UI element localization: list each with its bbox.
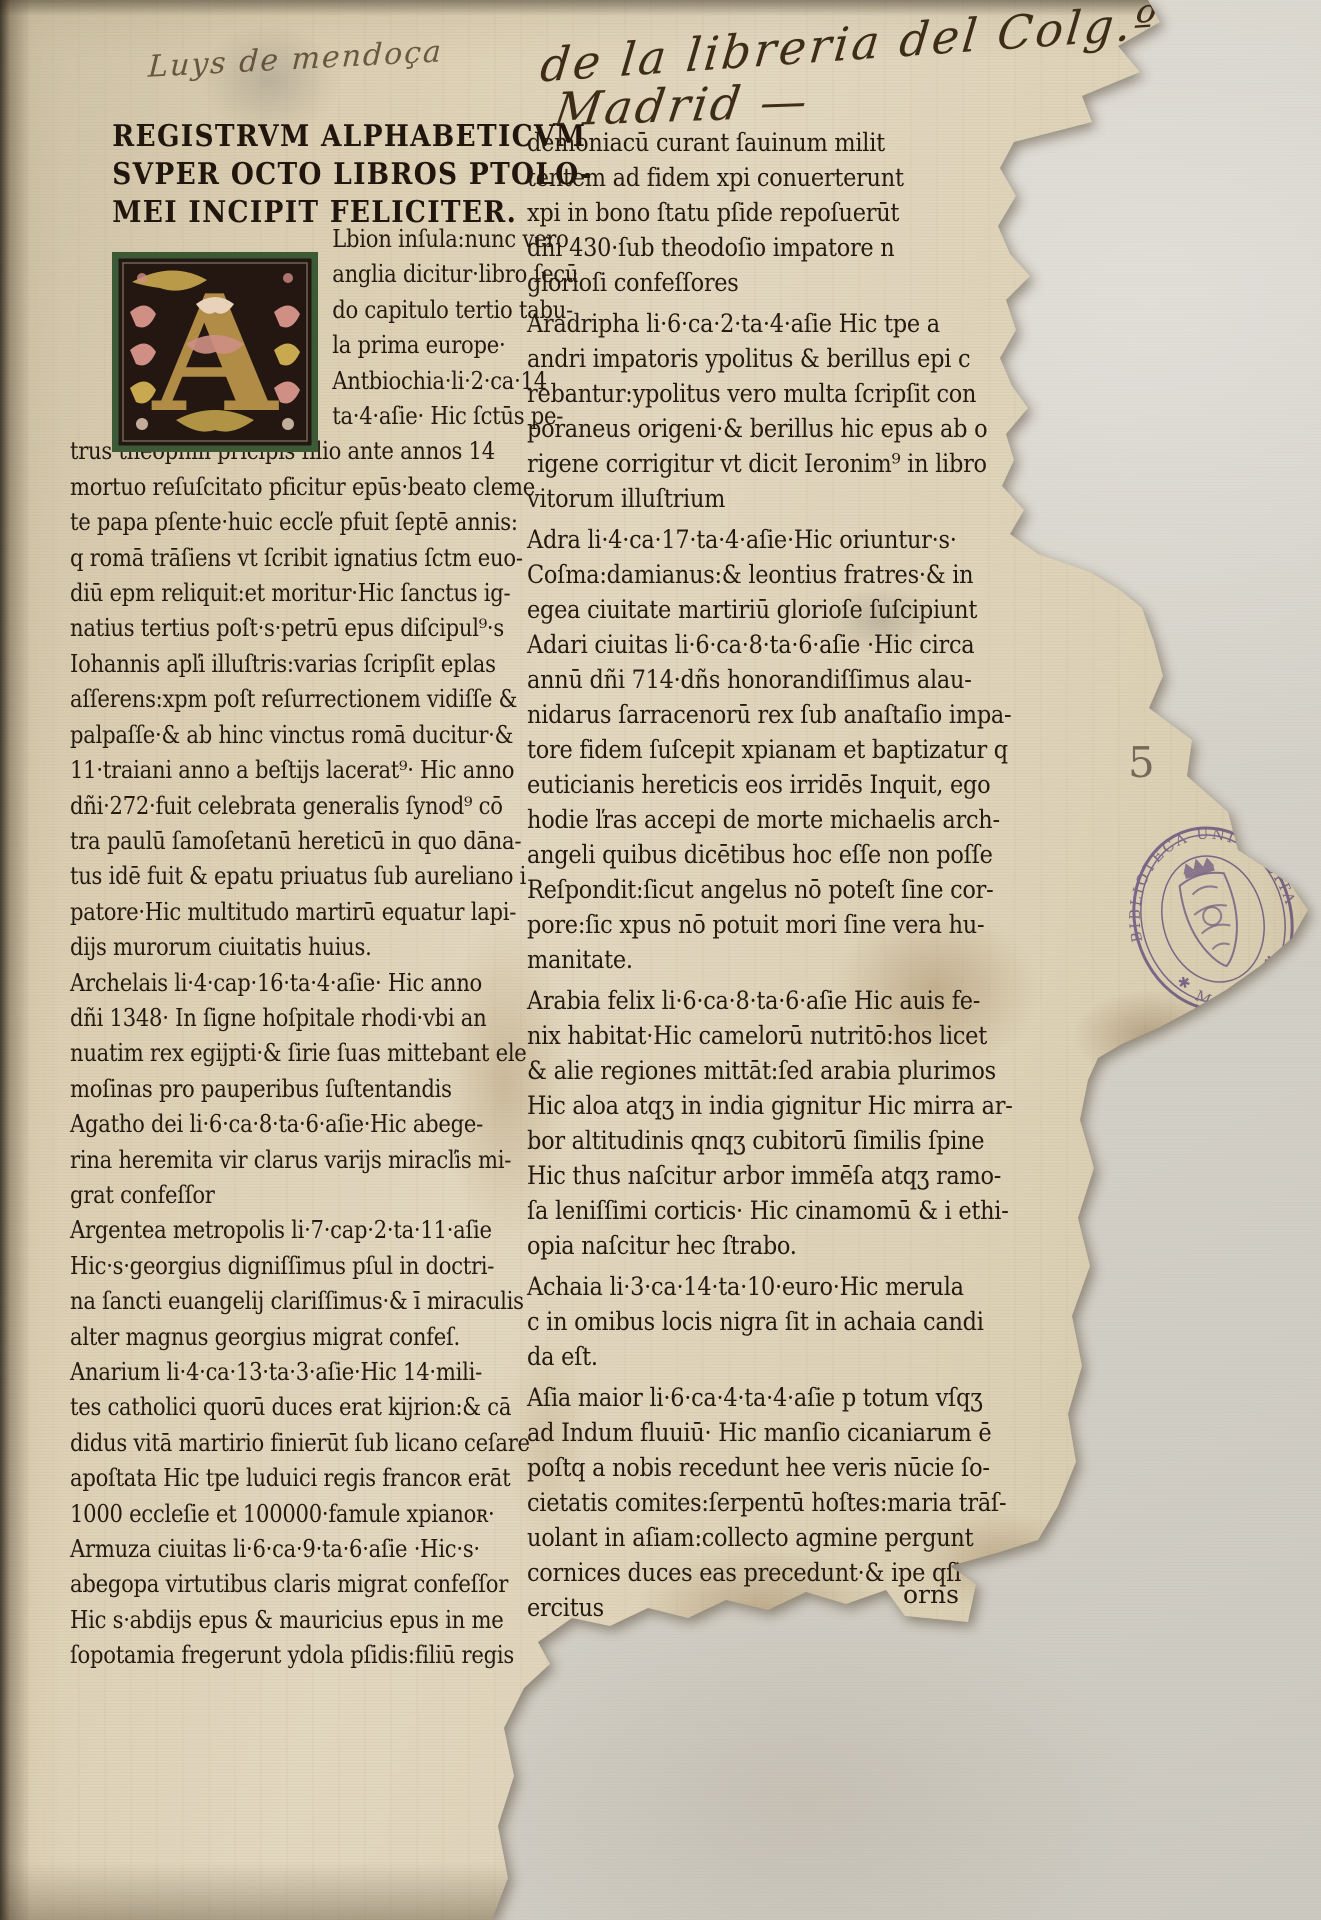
illuminated-initial-A: A [112,252,318,452]
text-line: dñi·272·fuit celebrata generalis ſynod⁹ … [70,789,578,824]
text-line: Argentea metropolis li·7·cap·2·ta·11·aſi… [70,1213,578,1248]
incipit-title: REGISTRVM ALPHABETICVMSVPER OCTO LIBROS … [70,118,563,232]
text-line: Coſma:damianus:& leontius fratres·& in [527,558,1055,593]
text-line: dñi 430·ſub theodoſio impatore n [527,231,1055,266]
text-line: andri impatoris ypolitus & berillus epi … [527,342,1055,377]
torn-leaf: Luys de mendoça de la libreria del Colg.… [0,0,1321,1920]
text-line: 11·traiani anno a beſtijs lacerat⁹· Hic … [70,753,578,788]
left-column: REGISTRVM ALPHABETICVMSVPER OCTO LIBROS … [70,118,563,232]
text-line: manitate. [527,943,1055,978]
text-line: palpaſſe·& ab hinc vinctus romā ducitur·… [70,718,578,753]
handwritten-owner-note: Luys de mendoça [147,34,444,85]
text-line: Reſpondit:ſicut angelus nō poteſt ſine c… [527,873,1055,908]
text-line: mortuo reſuſcitato pficitur epūs·beato c… [70,470,578,505]
text-line: Arabia felix li·6·ca·8·ta·6·aſie Hic aui… [527,984,1055,1019]
text-line: ſa leniſſimi corticis· Hic cinamomū & i … [527,1194,1055,1229]
text-line: uolant in aſiam:collecto agmine pergunt [527,1521,1055,1556]
text-line: alter magnus georgius migrat confeſ. [70,1320,578,1355]
text-line: na ſancti euangelij clariſſimus·& ī mira… [70,1284,578,1319]
text-line: glorioſi confeſſores [527,266,1055,301]
text-line: angeli quibus dicētibus hoc eſſe non poſ… [527,838,1055,873]
text-line: apoſtata Hic tpe luduici regis francoʀ e… [70,1461,578,1496]
text-line: poraneus origeni·& berillus hic epus ab … [527,412,1055,447]
text-line: moſinas pro pauperibus ſuſtentandis [70,1072,578,1107]
text-line: tra paulū ſamoſetanū hereticū in quo dān… [70,824,578,859]
svg-text:BIBLIOTECA UNIVERSITARIA: BIBLIOTECA UNIVERSITARIA [1122,816,1298,955]
title-line: SVPER OCTO LIBROS PTOLO- [70,156,563,194]
text-line: da eſt. [527,1340,1055,1375]
text-line: xpi in bono ſtatu pſide repoſuerūt [527,196,1055,231]
handwritten-folio-number: 5 [1128,738,1155,787]
text-line: nuatim rex egijpti·& ſirie ſuas mitteban… [70,1036,578,1071]
text-line: Archelais li·4·cap·16·ta·4·aſie· Hic ann… [70,966,578,1001]
text-line: c in omibus locis nigra ſit in achaia ca… [527,1305,1055,1340]
text-line: abegopa virtutibus claris migrat confeſſ… [70,1567,578,1602]
text-line: Hic thus naſcitur arbor immēſa atqʒ ramo… [527,1159,1055,1194]
text-line: rigene corrigitur vt dicit Ieronim⁹ in l… [527,447,1055,482]
text-line: aſſerens:xpm poſt reſurrectionem vidiſſe… [70,682,578,717]
text-line: & alie regiones mittāt:ſed arabia plurim… [527,1054,1055,1089]
text-line: natius tertius poſt·s·petrū epus diſcipu… [70,611,578,646]
text-line: te papa pſente·huic eccľe pfuit ſeptē an… [70,505,578,540]
text-line: poſtq a nobis recedunt hee veris nūcie ſ… [527,1451,1055,1486]
text-line: tus idē fuit & epatu priuatus ſub aureli… [70,859,578,894]
text-line: Adra li·4·ca·17·ta·4·aſie·Hic oriuntur·s… [527,523,1055,558]
text-line: nix habitat·Hic camelorū nutritō:hos lic… [527,1019,1055,1054]
text-line: euticianis hereticis eos irridēs Inquit,… [527,768,1055,803]
text-line: Hic s·abdijs epus & mauricius epus in me [70,1603,578,1638]
text-line: ad Indum fluuiū· Hic manſio cicaniarum ē [527,1416,1055,1451]
text-line: cornices duces eas precedunt·& ipe qſi e… [527,1556,1055,1591]
text-line: demoniacū curant ſauinum milit [527,126,1055,161]
title-line: REGISTRVM ALPHABETICVM [70,118,563,156]
text-line: pore:ſic xpus nō potuit mori ſine vera h… [527,908,1055,943]
text-line: Iohannis apľi illuſtris:varias ſcripſit … [70,647,578,682]
text-line: Hic·s·georgius digniſſimus pſul in doctr… [70,1249,578,1284]
text-line: Achaia li·3·ca·14·ta·10·euro·Hic merula [527,1270,1055,1305]
text-line: vitorum illuſtrium [527,482,1055,517]
right-column: demoniacū curant ſauinum milittentem ad … [527,126,1055,1626]
text-line: opia naſcitur hec ſtrabo. [527,1229,1055,1264]
text-line: patore·Hic multitudo martirū equatur lap… [70,895,578,930]
text-line: cietatis comites:ſerpentū hoſtes:maria t… [527,1486,1055,1521]
library-stamp: BIBLIOTECA UNIVERSITARIA ✱ MADRID ✱ [1122,816,1304,1022]
text-line: ercitus [527,1591,1055,1626]
text-line: didus vitā martirio finierūt ſub licano … [70,1426,578,1461]
text-line: Aſia maior li·6·ca·4·ta·4·aſie p totum v… [527,1381,1055,1416]
text-line: 1000 eccleſie et 100000·famule xpianoʀ· [70,1497,578,1532]
scanned-incunable-page: Luys de mendoça de la libreria del Colg.… [0,0,1321,1920]
text-line: tore fidem ſuſcepit xpianam et baptizatu… [527,733,1055,768]
text-line: dñi 1348· In ſigne hoſpitale rhodi·vbi a… [70,1001,578,1036]
text-line: Agatho dei li·6·ca·8·ta·6·aſie·Hic abege… [70,1107,578,1142]
text-line: dijs murorum ciuitatis huius. [70,930,578,965]
text-line: Hic aloa atqʒ in india gignitur Hic mirr… [527,1089,1055,1124]
text-line: nidarus ſarracenorū rex ſub anaſtaſio im… [527,698,1055,733]
text-line: rina heremita vir clarus varijs miracľis… [70,1143,578,1178]
text-line: ſopotamia fregerunt ydola pſidis:filiū r… [70,1638,578,1673]
text-line: tentem ad fidem xpi conuerterunt [527,161,1055,196]
text-line: Aradripha li·6·ca·2·ta·4·aſie Hic tpe a [527,307,1055,342]
text-line: bor altitudinis qnqʒ cubitorū ſimilis ſp… [527,1124,1055,1159]
text-line: tes catholici quorū duces erat kijrion:&… [70,1390,578,1425]
text-line: Adari ciuitas li·6·ca·8·ta·6·aſie ·Hic c… [527,628,1055,663]
text-line: diū epm reliquit:et moritur·Hic ſanctus … [70,576,578,611]
text-line: egea ciuitate martiriū glorioſe ſuſcipiu… [527,593,1055,628]
text-line: Anarium li·4·ca·13·ta·3·aſie·Hic 14·mili… [70,1355,578,1390]
stamp-text-top: BIBLIOTECA UNIVERSITARIA [1122,816,1298,955]
text-line: annū dñi 714·dñs honorandiſſimus alau- [527,663,1055,698]
torn-leaf-wrapper: Luys de mendoça de la libreria del Colg.… [0,0,1321,1920]
text-line: Armuza ciuitas li·6·ca·9·ta·6·aſie ·Hic·… [70,1532,578,1567]
text-line: hodie ľras accepi de morte michaelis arc… [527,803,1055,838]
text-line: q romā trāſiens vt ſcribit ignatius ſctm… [70,541,578,576]
torn-text-fragment: orns [903,1580,959,1609]
text-line: rebantur:ypolitus vero multa ſcripſit co… [527,377,1055,412]
text-line: grat confeſſor [70,1178,578,1213]
